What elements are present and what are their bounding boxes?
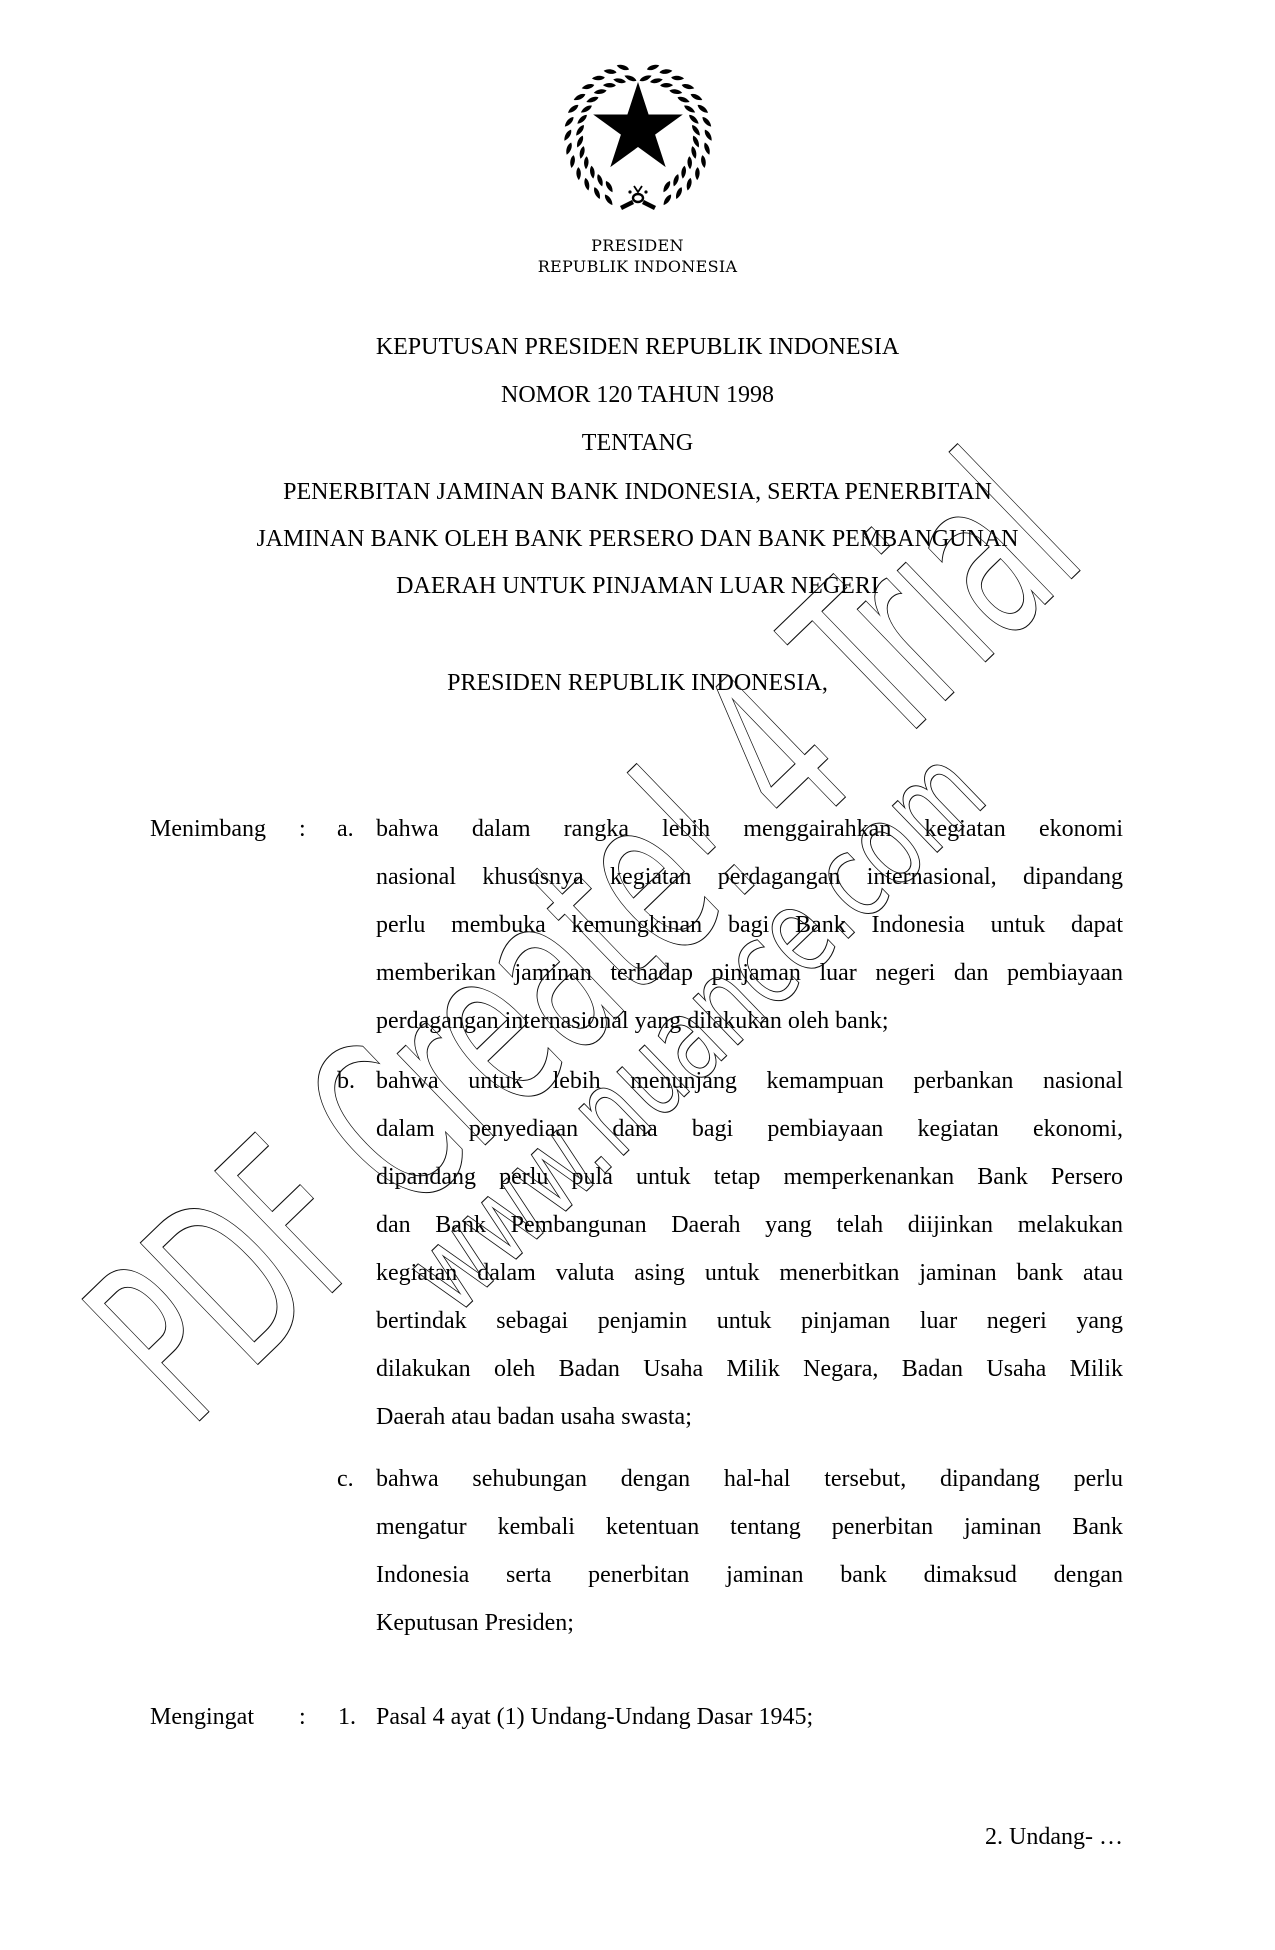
item-a-line: memberikan jaminan terhadap pinjaman lua… [376,958,1123,988]
item-marker-a: a. [337,814,354,844]
page-continuation-catchword: 2. Undang- … [985,1822,1123,1852]
letterhead-republik-indonesia: REPUBLIK INDONESIA [0,257,1275,277]
letterhead-presiden: PRESIDEN [0,236,1275,256]
item-c-line: Indonesia serta penerbitan jaminan bank … [376,1560,1123,1590]
mengingat-label: Mengingat [150,1702,254,1732]
item-b-line: dan Bank Pembangunan Daerah yang telah d… [376,1210,1123,1240]
item-c-line: Keputusan Presiden; [376,1608,1123,1638]
item-b-line: bahwa untuk lebih menunjang kemampuan pe… [376,1066,1123,1096]
menimbang-colon: : [299,814,306,844]
item-marker-b: b. [337,1066,355,1096]
decree-subject-line-3: DAERAH UNTUK PINJAMAN LUAR NEGERI [0,571,1275,601]
item-marker-1: 1. [338,1702,356,1732]
decree-tentang: TENTANG [0,428,1275,458]
item-b-line: dipandang perlu pula untuk tetap memperk… [376,1162,1123,1192]
item-c-line: mengatur kembali ketentuan tentang pener… [376,1512,1123,1542]
item-b-line: dilakukan oleh Badan Usaha Milik Negara,… [376,1354,1123,1384]
item-b-line: kegiatan dalam valuta asing untuk menerb… [376,1258,1123,1288]
item-a-line: bahwa dalam rangka lebih menggairahkan k… [376,814,1123,844]
star-icon [593,82,683,167]
decree-title: KEPUTUSAN PRESIDEN REPUBLIK INDONESIA [0,332,1275,362]
item-a-line: perdagangan internasional yang dilakukan… [376,1006,1123,1036]
item-a-line: nasional khususnya kegiatan perdagangan … [376,862,1123,892]
item-c-line: bahwa sehubungan dengan hal-hal tersebut… [376,1464,1123,1494]
item-a-line: perlu membuka kemungkinan bagi Bank Indo… [376,910,1123,940]
item-b-line: Daerah atau badan usaha swasta; [376,1402,1123,1432]
preamble: PRESIDEN REPUBLIK INDONESIA, [0,668,1275,698]
mengingat-colon: : [299,1702,306,1732]
menimbang-label: Menimbang [150,814,266,844]
item-b-line: dalam penyediaan dana bagi pembiayaan ke… [376,1114,1123,1144]
item-marker-c: c. [337,1464,354,1494]
document-page: PRESIDEN REPUBLIK INDONESIA KEPUTUSAN PR… [0,0,1275,1950]
decree-number: NOMOR 120 TAHUN 1998 [0,380,1275,410]
item-b-line: bertindak sebagai penjamin untuk pinjama… [376,1306,1123,1336]
decree-subject-line-2: JAMINAN BANK OLEH BANK PERSERO DAN BANK … [0,524,1275,554]
presidential-emblem-icon [560,58,716,216]
item-1-line: Pasal 4 ayat (1) Undang-Undang Dasar 194… [376,1702,1123,1732]
decree-subject-line-1: PENERBITAN JAMINAN BANK INDONESIA, SERTA… [0,477,1275,507]
